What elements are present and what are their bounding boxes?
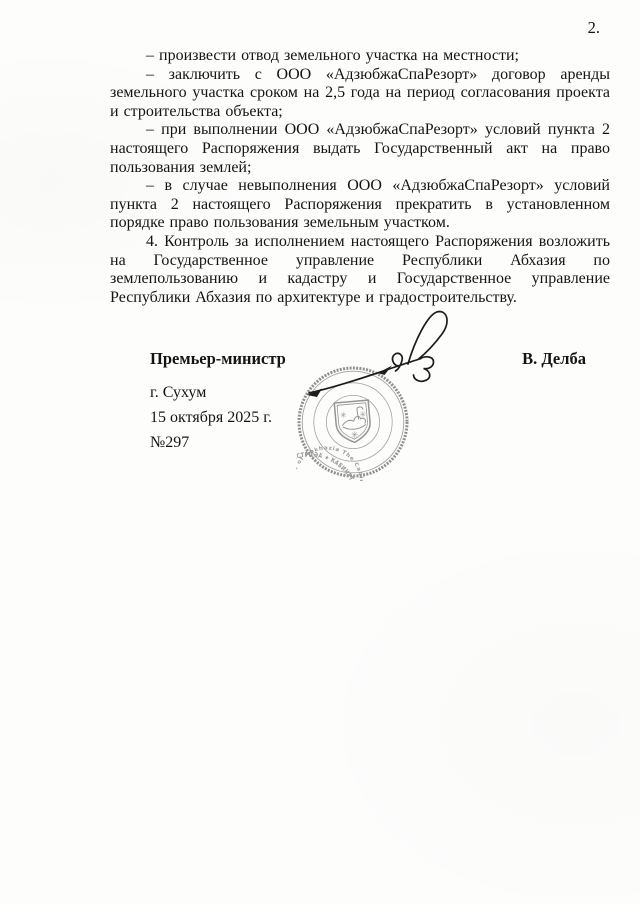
number-line: №297	[150, 432, 272, 453]
body-paragraph: 4. Контроль за исполнением настоящего Ра…	[110, 233, 610, 307]
body-paragraph: – при выполнении ООО «АдзюбжаСпаРезорт» …	[110, 121, 610, 177]
document-page: 2. – произвести отвод земельного участка…	[0, 0, 640, 905]
star-icon: ✳	[340, 411, 348, 421]
document-meta: г. Сухум 15 октября 2025 г. №297	[150, 382, 272, 457]
date-line: 15 октября 2025 г.	[150, 407, 272, 428]
star-icon: ✳	[351, 431, 360, 442]
document-body: – произвести отвод земельного участка на…	[110, 47, 610, 307]
place-line: г. Сухум	[150, 382, 272, 403]
body-paragraph: – произвести отвод земельного участка на…	[110, 47, 610, 66]
signature-crossing	[378, 366, 392, 376]
star-icon: ✳	[359, 410, 367, 420]
stamp-crest-shield: ✳ ✳ ✳	[334, 400, 371, 444]
body-paragraph: – заключить с ООО «АдзюбжаСпаРезорт» дог…	[110, 66, 610, 122]
body-paragraph: – в случае невыполнения ООО «АдзюбжаСпаР…	[110, 177, 610, 233]
signatory-title: Премьер-министр	[150, 349, 286, 369]
handwritten-signature	[270, 303, 455, 403]
page-number: 2.	[588, 18, 600, 38]
signatory-name: В. Делба	[522, 349, 586, 369]
